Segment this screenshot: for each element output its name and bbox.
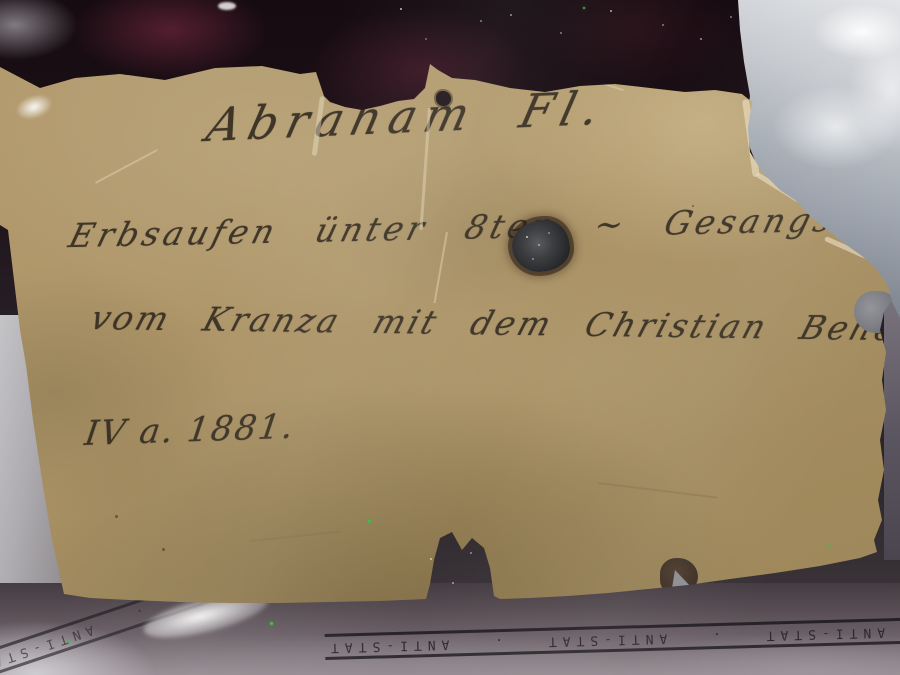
handwriting-line-2: Erbsaufen ünter 8ten ~ Gesangstrecke bbox=[65, 197, 900, 255]
paper-fleck bbox=[115, 515, 118, 518]
burn-hole bbox=[512, 220, 570, 272]
dust-specks bbox=[400, 8, 402, 10]
paper-fleck bbox=[162, 548, 165, 551]
paper-fleck bbox=[692, 205, 694, 207]
paper-crease bbox=[598, 482, 717, 499]
green-glitter-speck bbox=[368, 520, 371, 523]
green-glitter-speck bbox=[828, 546, 830, 548]
small-tear-hole bbox=[436, 91, 451, 106]
plastic-sleeve-right-edge bbox=[884, 288, 900, 560]
specular-glare bbox=[218, 2, 236, 10]
photograph: ANTI-STAT . ANTI-STAT . ANTI-STAT . ANTI… bbox=[0, 0, 900, 675]
paper-crease bbox=[250, 531, 340, 542]
green-glitter-speck bbox=[270, 622, 273, 625]
handwriting-line-4-date: IV a. 1881. bbox=[82, 407, 298, 455]
green-glitter-speck bbox=[68, 640, 70, 642]
burn-hole-sparkle bbox=[526, 236, 528, 238]
sparkle-dots bbox=[430, 558, 432, 560]
green-glitter-speck bbox=[583, 7, 585, 9]
paper-crease bbox=[95, 149, 158, 184]
handwriting-line-3: vom Kranza mit dem Christian Behend bbox=[86, 298, 900, 349]
